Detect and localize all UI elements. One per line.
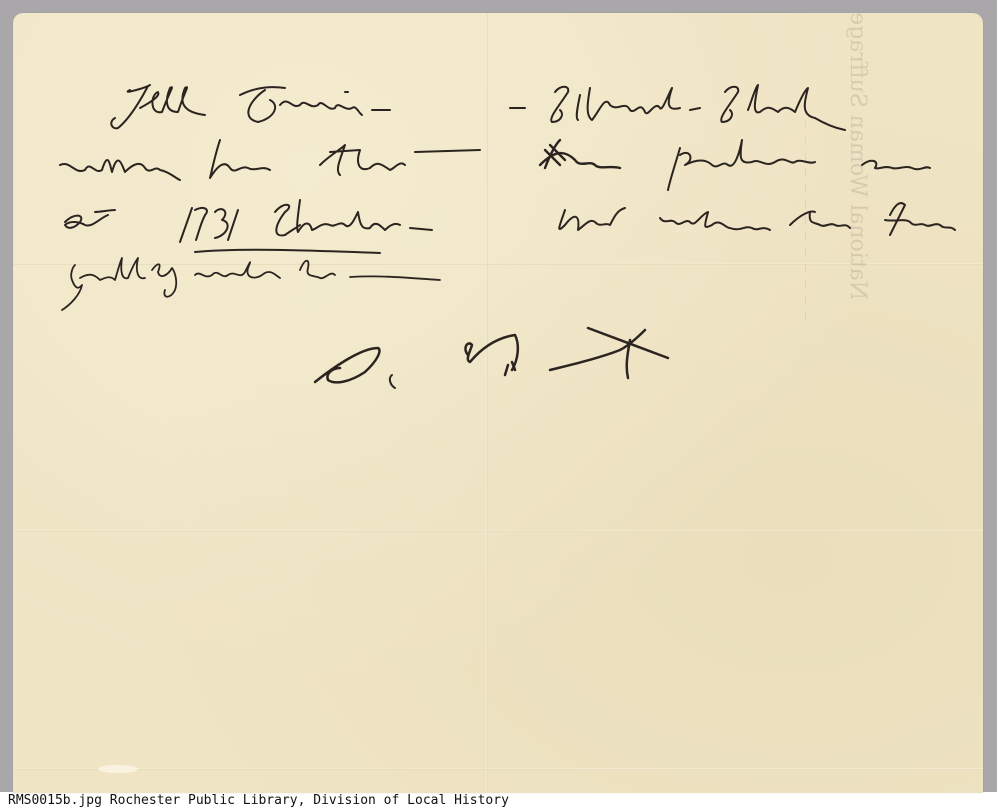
handwritten-line-1-right xyxy=(510,85,845,130)
handwritten-line-1 xyxy=(111,85,390,128)
handwritten-line-2-far xyxy=(668,140,930,190)
scan-background: National Woman Suffrage — — — — — — — — … xyxy=(0,0,997,792)
handwritten-line-3 xyxy=(65,200,432,253)
handwritten-line-2-right xyxy=(540,140,620,168)
signature xyxy=(315,328,668,388)
handwriting-ink xyxy=(0,0,997,792)
handwritten-line-3-right xyxy=(559,203,955,235)
image-caption: RMS0015b.jpg Rochester Public Library, D… xyxy=(8,792,509,810)
handwritten-line-2 xyxy=(60,140,480,180)
handwritten-line-4 xyxy=(62,258,440,310)
